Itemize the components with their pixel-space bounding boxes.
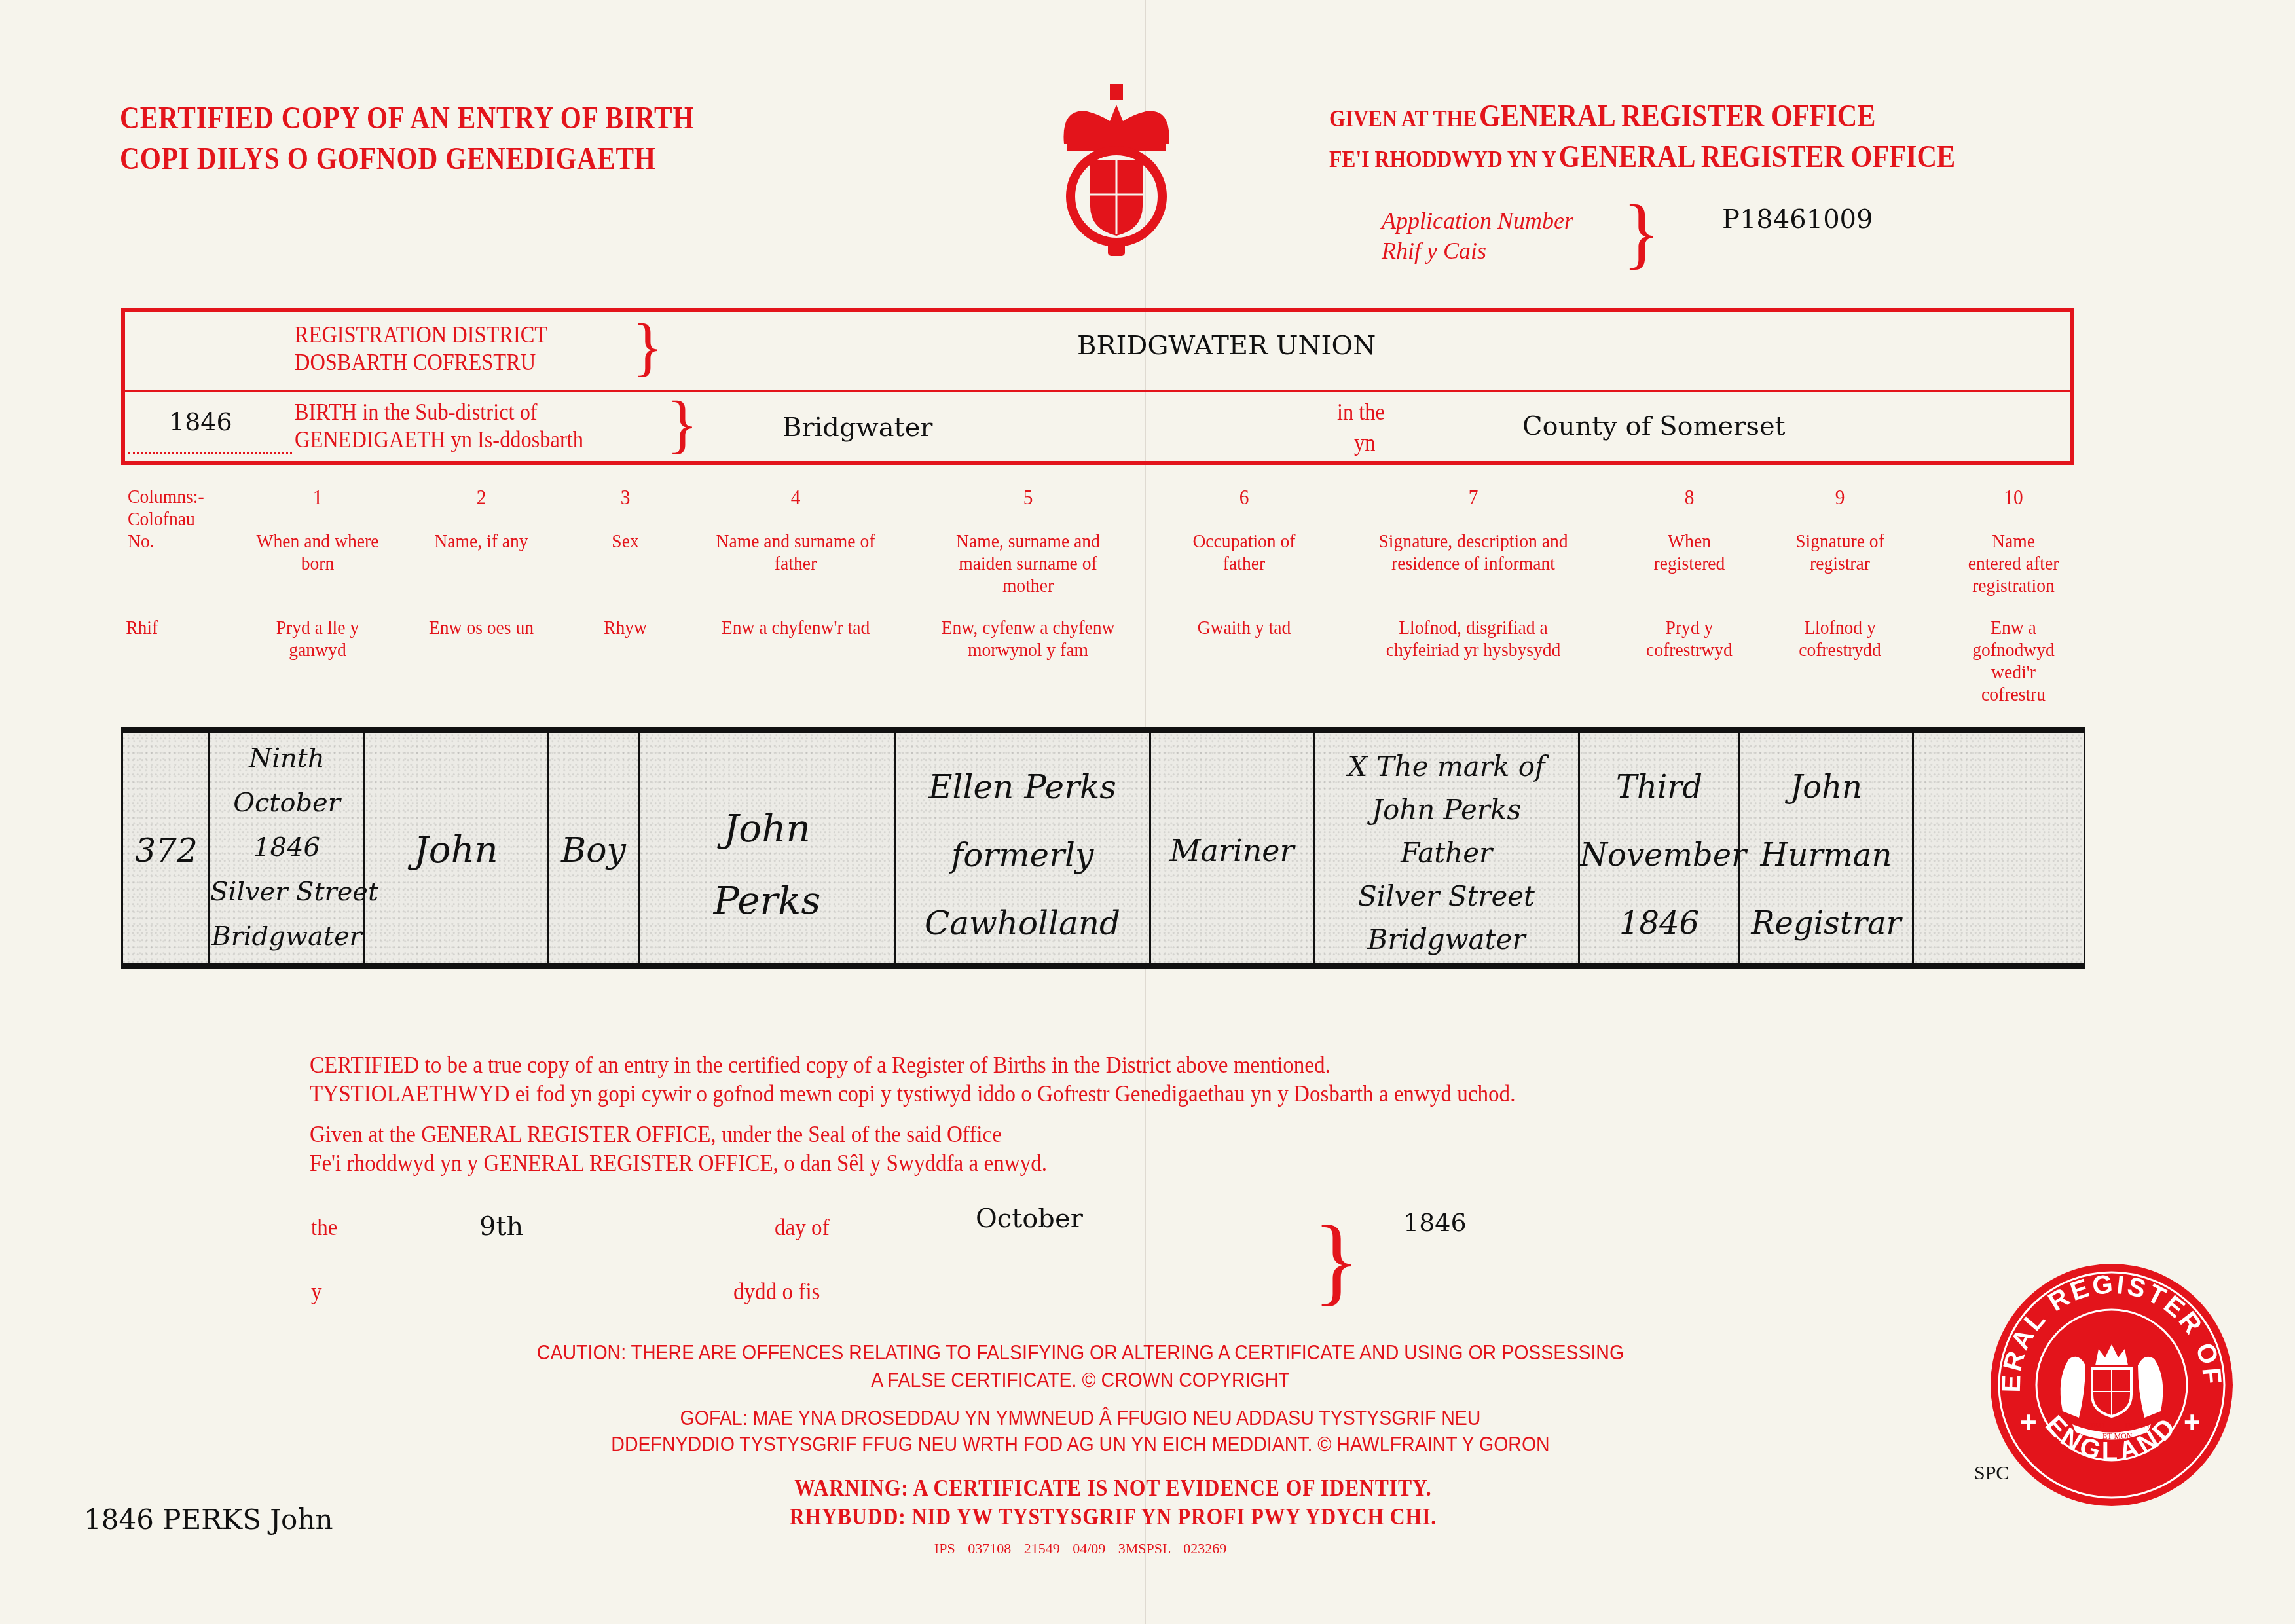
caution-en-line2: A FALSE CERTIFICATE. © CROWN COPYRIGHT	[388, 1367, 1773, 1394]
column-header-5: 5 Name, surname and maiden surname of mo…	[926, 486, 1131, 597]
entry-line: formerly	[896, 821, 1149, 889]
entry-line: John	[640, 792, 894, 864]
entry-name: John	[365, 832, 547, 870]
caution-cy-line2: DDEFNYDDIO TYSTYSGRIF FFUG NEU WRTH FOD …	[388, 1431, 1773, 1458]
column-label-cy-2: Enw os oes un	[412, 617, 551, 639]
entry-father: John Perks	[640, 792, 894, 936]
certificate-year: 1846	[1403, 1208, 1467, 1237]
subdistrict-brace: }	[667, 392, 698, 457]
application-number: P18461009	[1722, 204, 1873, 234]
column-label-en: Occupation of father	[1172, 530, 1317, 575]
columns-label: Columns:- Colofnau No.	[128, 486, 204, 553]
column-header-4: 4 Name and surname of father	[708, 486, 883, 575]
file-label: 1846 PERKS John	[84, 1504, 333, 1536]
column-label-cy-3: Rhyw	[586, 617, 665, 639]
column-label-cy-9: Llofnod y cofrestrydd	[1780, 617, 1900, 661]
entry-line: Silver Street	[1315, 875, 1578, 918]
column-header-9: 9 Signature of registrar	[1780, 486, 1900, 575]
column-label-en: When registered	[1629, 530, 1750, 575]
day-of-label-cy: dydd o fis	[733, 1277, 820, 1306]
caution-cy-line1: GOFAL: MAE YNA DROSEDDAU YN YMWNEUD Â FF…	[388, 1405, 1773, 1432]
entry-line: Perks	[640, 864, 894, 936]
entry-line: October	[210, 781, 363, 825]
column-number: 6	[1172, 486, 1317, 508]
entry-line: X The mark of	[1315, 745, 1578, 788]
columns-label-cy: Colofnau	[128, 508, 204, 530]
entry-when-registered: Third November 1846	[1580, 753, 1738, 957]
application-number-label-en: Application Number	[1382, 206, 1573, 236]
column-number: 3	[586, 486, 665, 508]
given-prefix-en: GIVEN AT THE	[1329, 105, 1477, 132]
registration-year: 1846	[169, 407, 232, 436]
date-the-label-cy: y	[311, 1277, 322, 1306]
entry-line: 1846	[1580, 889, 1738, 957]
subdistrict-value: Bridgwater	[782, 413, 932, 443]
column-label-en: Name, if any	[412, 530, 551, 553]
column-number: 7	[1359, 486, 1588, 508]
box-divider	[125, 390, 2070, 392]
entry-line: Cawholland	[896, 889, 1149, 957]
title-en: CERTIFIED COPY OF AN ENTRY OF BIRTH	[120, 98, 694, 139]
column-label-en: When and where born	[254, 530, 380, 575]
column-number: 2	[412, 486, 551, 508]
entry-line: Hurman	[1740, 821, 1912, 889]
certificate-month: October	[976, 1204, 1083, 1234]
certification-line2-en: Given at the GENERAL REGISTER OFFICE, un…	[310, 1120, 1002, 1149]
warning-cy: RHYBUDD: NID YW TYSTYSGRIF YN PROFI PWY …	[652, 1502, 1574, 1531]
column-label-cy-4: Enw a chyfenw'r tad	[702, 617, 889, 639]
column-label-cy-8: Pryd y cofrestrwyd	[1629, 617, 1750, 661]
entry-line: Silver Street	[210, 870, 363, 914]
column-label-cy-10: Enw a gofnodwyd wedi'r cofrestru	[1944, 617, 2083, 706]
column-number: 10	[1944, 486, 2083, 508]
svg-text:ET MON: ET MON	[2102, 1431, 2133, 1441]
warning-en: WARNING: A CERTIFICATE IS NOT EVIDENCE O…	[652, 1473, 1574, 1502]
certificate-day: 9th	[479, 1211, 523, 1242]
entry-border	[2084, 733, 2085, 963]
entry-line: John	[1740, 753, 1912, 821]
date-the-label-en: the	[311, 1213, 337, 1242]
svg-text:+: +	[2020, 1407, 2037, 1439]
entry-line: 1846	[210, 825, 363, 870]
column-header-10: 10 Name entered after registration	[1944, 486, 2083, 597]
subdistrict-label-cy: GENEDIGAETH yn Is-ddosbarth	[295, 426, 583, 453]
entry-informant: X The mark of John Perks Father Silver S…	[1315, 745, 1578, 961]
column-label-en: Sex	[586, 530, 665, 553]
given-office-cy: GENERAL REGISTER OFFICE	[1559, 139, 1956, 174]
in-the-label-cy: yn	[1354, 429, 1375, 456]
svg-text:DIEU: DIEU	[2084, 1420, 2105, 1430]
certification-line1-en: CERTIFIED to be a true copy of an entry …	[310, 1050, 1331, 1079]
gro-seal-icon: GENERAL REGISTER OFFICE ENGLAND + + DIEU…	[1987, 1261, 2236, 1509]
county-value: County of Somerset	[1522, 411, 1786, 441]
column-label-en: Signature of registrar	[1780, 530, 1900, 575]
column-label-en: Name entered after registration	[1944, 530, 2083, 597]
column-header-3: 3 Sex	[586, 486, 665, 553]
day-of-label-en: day of	[775, 1213, 830, 1242]
entry-registrar: John Hurman Registrar	[1740, 753, 1912, 957]
svg-text:+: +	[2184, 1407, 2201, 1439]
ips-code: IPS 037108 21549 04/09 3MSPSL 023269	[851, 1540, 1310, 1557]
column-label-cy-1: Pryd a lle y ganwyd	[254, 617, 380, 661]
entry-line: Registrar	[1740, 889, 1912, 957]
registration-district-brace: }	[632, 314, 663, 380]
column-number: 9	[1780, 486, 1900, 508]
column-header-2: 2 Name, if any	[412, 486, 551, 553]
registration-district-label-en: REGISTRATION DISTRICT	[295, 321, 547, 348]
application-brace: }	[1623, 194, 1661, 272]
columns-label-en: Columns:-	[128, 486, 204, 508]
entry-line: Third	[1580, 753, 1738, 821]
column-header-6: 6 Occupation of father	[1172, 486, 1317, 575]
column-number: 5	[926, 486, 1131, 508]
registration-district-value: BRIDGWATER UNION	[1077, 331, 1376, 361]
certification-line1-cy: TYSTIOLAETHWYD ei fod yn gopi cywir o go…	[310, 1079, 1515, 1108]
entry-line: Bridgwater	[1315, 918, 1578, 961]
entry-occupation: Mariner	[1151, 832, 1313, 870]
columns-no-en: No.	[128, 530, 204, 553]
column-label-en: Signature, description and residence of …	[1359, 530, 1588, 575]
registration-district-label-cy: DOSBARTH COFRESTRU	[295, 348, 536, 376]
entry-line: Bridgwater	[210, 914, 363, 959]
date-brace: }	[1313, 1211, 1360, 1310]
column-label-cy-7: Llofnod, disgrifiad a chyfeiriad yr hysb…	[1359, 617, 1588, 661]
column-header-8: 8 When registered	[1629, 486, 1750, 575]
subdistrict-label-en: BIRTH in the Sub-district of	[295, 398, 538, 426]
column-label-cy-6: Gwaith y tad	[1172, 617, 1317, 639]
in-the-label-en: in the	[1337, 398, 1385, 426]
title-cy: COPI DILYS O GOFNOD GENEDIGAETH	[120, 139, 656, 179]
entry-when-where-born: Ninth October 1846 Silver Street Bridgwa…	[210, 736, 363, 959]
columns-no-cy: Rhif	[126, 617, 158, 639]
column-header-7: 7 Signature, description and residence o…	[1359, 486, 1588, 575]
column-label-en: Name and surname of father	[708, 530, 883, 575]
entry-sex: Boy	[549, 832, 638, 870]
year-dotted-line	[128, 452, 292, 454]
entry-no: 372	[124, 832, 208, 870]
entry-mother: Ellen Perks formerly Cawholland	[896, 753, 1149, 957]
given-at-line-en: GIVEN AT THE GENERAL REGISTER OFFICE	[1329, 98, 1875, 134]
column-number: 4	[708, 486, 883, 508]
column-header-1: 1 When and where born	[254, 486, 380, 575]
royal-crest-icon	[1048, 82, 1185, 259]
entry-column-divider	[1912, 733, 1914, 963]
entry-line: Ninth	[210, 736, 363, 781]
entry-line: Father	[1315, 832, 1578, 875]
given-at-line-cy: FE'I RHODDWYD YN Y GENERAL REGISTER OFFI…	[1329, 139, 1955, 175]
application-number-label-cy: Rhif y Cais	[1382, 236, 1486, 266]
column-label-cy-5: Enw, cyfenw a chyfenw morwynol y fam	[926, 617, 1131, 661]
svg-text:DROIT: DROIT	[2125, 1420, 2151, 1430]
entry-line: Ellen Perks	[896, 753, 1149, 821]
given-prefix-cy: FE'I RHODDWYD YN Y	[1329, 146, 1556, 172]
register-entry-row: 372 Ninth October 1846 Silver Street Bri…	[121, 727, 2085, 969]
column-number: 1	[254, 486, 380, 508]
column-label-en: Name, surname and maiden surname of moth…	[926, 530, 1131, 597]
given-office-en: GENERAL REGISTER OFFICE	[1479, 99, 1876, 134]
certification-line2-cy: Fe'i rhoddwyd yn y GENERAL REGISTER OFFI…	[310, 1149, 1047, 1177]
entry-border	[121, 733, 123, 963]
entry-line: November	[1580, 821, 1738, 889]
caution-en-line1: CAUTION: THERE ARE OFFENCES RELATING TO …	[388, 1339, 1773, 1367]
entry-line: John Perks	[1315, 788, 1578, 832]
column-number: 8	[1629, 486, 1750, 508]
